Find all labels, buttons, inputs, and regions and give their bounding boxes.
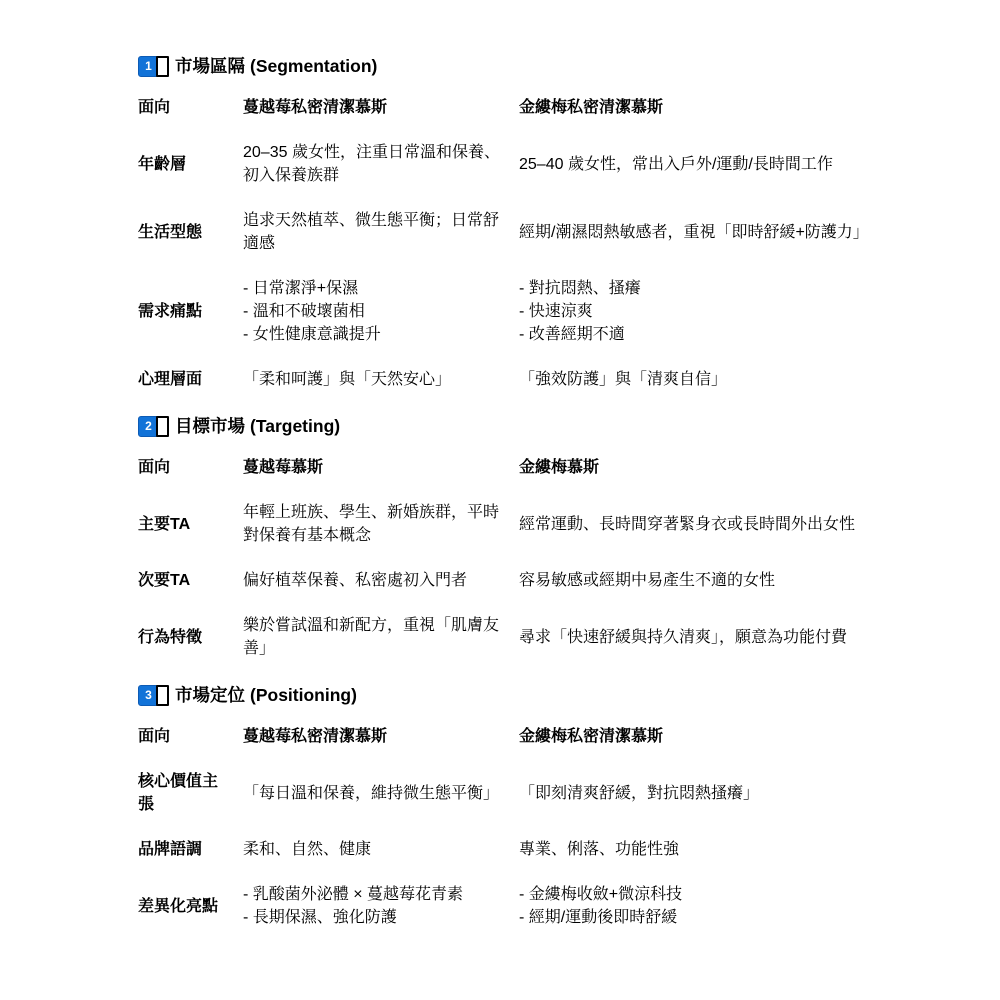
cell-cranberry: 柔和、自然、健康 — [243, 838, 503, 861]
cell-witchhazel: - 金縷梅收斂+微涼科技- 經期/運動後即時舒緩 — [519, 883, 879, 929]
cell-line: 專業、俐落、功能性強 — [519, 838, 879, 861]
row-label: 行為特徵 — [138, 626, 227, 649]
row-label: 年齡層 — [138, 153, 227, 176]
column-header-aspect: 面向 — [138, 456, 227, 479]
cell-line: - 改善經期不適 — [519, 323, 879, 346]
section: 3 市場定位 (Positioning) 面向蔓越莓私密清潔慕斯金縷梅私密清潔慕… — [138, 684, 888, 929]
column-header-witchhazel: 金縷梅慕斯 — [519, 456, 879, 479]
keycap-number-icon: 3 — [138, 685, 169, 706]
cell-line: 年輕上班族、學生、新婚族群，平時對保養有基本概念 — [243, 501, 503, 547]
column-header-cranberry: 蔓越莓慕斯 — [243, 456, 503, 479]
section-title-zh: 市場定位 — [175, 684, 245, 707]
section-table: 面向蔓越莓私密清潔慕斯金縷梅私密清潔慕斯年齡層20–35 歲女性，注重日常溫和保… — [138, 96, 888, 391]
column-header-cranberry: 蔓越莓私密清潔慕斯 — [243, 96, 503, 119]
cell-witchhazel: 「即刻清爽舒緩，對抗悶熱搔癢」 — [519, 782, 879, 805]
section: 2 目標市場 (Targeting) 面向蔓越莓慕斯金縷梅慕斯主要TA年輕上班族… — [138, 415, 888, 660]
cell-line: - 快速涼爽 — [519, 300, 879, 323]
cell-line: - 對抗悶熱、搔癢 — [519, 277, 879, 300]
cell-line: 「即刻清爽舒緩，對抗悶熱搔癢」 — [519, 782, 879, 805]
cell-line: 樂於嘗試溫和新配方，重視「肌膚友善」 — [243, 614, 503, 660]
column-header-aspect: 面向 — [138, 725, 227, 748]
cell-witchhazel: 25–40 歲女性，常出入戶外/運動/長時間工作 — [519, 153, 879, 176]
section-heading: 1 市場區隔 (Segmentation) — [138, 55, 888, 78]
cell-witchhazel: 容易敏感或經期中易產生不適的女性 — [519, 569, 879, 592]
cell-cranberry: 「每日溫和保養，維持微生態平衡」 — [243, 782, 503, 805]
row-label: 需求痛點 — [138, 300, 227, 323]
cell-cranberry: 追求天然植萃、微生態平衡；日常舒適感 — [243, 209, 503, 255]
cell-witchhazel: 經期/潮濕悶熱敏感者，重視「即時舒緩+防護力」 — [519, 221, 879, 244]
row-label: 心理層面 — [138, 368, 227, 391]
cell-line: 25–40 歲女性，常出入戶外/運動/長時間工作 — [519, 153, 879, 176]
cell-cranberry: 「柔和呵護」與「天然安心」 — [243, 368, 503, 391]
cell-line: 經常運動、長時間穿著緊身衣或長時間外出女性 — [519, 513, 879, 536]
section-table: 面向蔓越莓私密清潔慕斯金縷梅私密清潔慕斯核心價值主張「每日溫和保養，維持微生態平… — [138, 725, 888, 929]
cell-cranberry: - 乳酸菌外泌體 × 蔓越莓花青素- 長期保濕、強化防護 — [243, 883, 503, 929]
row-label: 核心價值主張 — [138, 770, 227, 816]
cell-line: - 溫和不破壞菌相 — [243, 300, 503, 323]
cell-cranberry: 樂於嘗試溫和新配方，重視「肌膚友善」 — [243, 614, 503, 660]
cell-line: - 日常潔淨+保濕 — [243, 277, 503, 300]
cell-line: 「強效防護」與「清爽自信」 — [519, 368, 879, 391]
section-heading: 3 市場定位 (Positioning) — [138, 684, 888, 707]
row-label: 品牌語調 — [138, 838, 227, 861]
cell-line: 經期/潮濕悶熱敏感者，重視「即時舒緩+防護力」 — [519, 221, 879, 244]
cell-line: - 長期保濕、強化防護 — [243, 906, 503, 929]
missing-glyph-box-icon — [156, 56, 169, 77]
cell-line: 「每日溫和保養，維持微生態平衡」 — [243, 782, 503, 805]
column-header-witchhazel: 金縷梅私密清潔慕斯 — [519, 96, 879, 119]
row-label: 生活型態 — [138, 221, 227, 244]
cell-line: 追求天然植萃、微生態平衡；日常舒適感 — [243, 209, 503, 255]
cell-line: - 女性健康意識提升 — [243, 323, 503, 346]
cell-line: 20–35 歲女性，注重日常溫和保養、初入保養族群 — [243, 141, 503, 187]
row-label: 主要TA — [138, 513, 227, 536]
cell-line: 偏好植萃保養、私密處初入門者 — [243, 569, 503, 592]
cell-line: 柔和、自然、健康 — [243, 838, 503, 861]
cell-witchhazel: 「強效防護」與「清爽自信」 — [519, 368, 879, 391]
cell-cranberry: 年輕上班族、學生、新婚族群，平時對保養有基本概念 — [243, 501, 503, 547]
section-table: 面向蔓越莓慕斯金縷梅慕斯主要TA年輕上班族、學生、新婚族群，平時對保養有基本概念… — [138, 456, 888, 660]
row-label: 差異化亮點 — [138, 895, 227, 918]
keycap-number-icon: 1 — [138, 56, 169, 77]
cell-line: 「柔和呵護」與「天然安心」 — [243, 368, 503, 391]
cell-witchhazel: 經常運動、長時間穿著緊身衣或長時間外出女性 — [519, 513, 879, 536]
cell-line: 尋求「快速舒緩與持久清爽」，願意為功能付費 — [519, 626, 879, 649]
section-title-en: (Segmentation) — [250, 55, 377, 78]
column-header-witchhazel: 金縷梅私密清潔慕斯 — [519, 725, 879, 748]
cell-line: - 經期/運動後即時舒緩 — [519, 906, 879, 929]
missing-glyph-box-icon — [156, 416, 169, 437]
missing-glyph-box-icon — [156, 685, 169, 706]
cell-cranberry: 20–35 歲女性，注重日常溫和保養、初入保養族群 — [243, 141, 503, 187]
document: 1 市場區隔 (Segmentation) 面向蔓越莓私密清潔慕斯金縷梅私密清潔… — [138, 55, 888, 929]
column-header-aspect: 面向 — [138, 96, 227, 119]
section-title-zh: 市場區隔 — [175, 55, 245, 78]
keycap-number-icon: 2 — [138, 416, 169, 437]
section-title-en: (Targeting) — [250, 415, 340, 438]
cell-witchhazel: 尋求「快速舒緩與持久清爽」，願意為功能付費 — [519, 626, 879, 649]
section-title-zh: 目標市場 — [175, 415, 245, 438]
cell-line: - 金縷梅收斂+微涼科技 — [519, 883, 879, 906]
cell-line: 容易敏感或經期中易產生不適的女性 — [519, 569, 879, 592]
section-title-en: (Positioning) — [250, 684, 357, 707]
column-header-cranberry: 蔓越莓私密清潔慕斯 — [243, 725, 503, 748]
row-label: 次要TA — [138, 569, 227, 592]
cell-witchhazel: 專業、俐落、功能性強 — [519, 838, 879, 861]
page: { "document": { "colors": { "background"… — [0, 0, 1000, 1000]
cell-line: - 乳酸菌外泌體 × 蔓越莓花青素 — [243, 883, 503, 906]
section-heading: 2 目標市場 (Targeting) — [138, 415, 888, 438]
cell-cranberry: - 日常潔淨+保濕- 溫和不破壞菌相- 女性健康意識提升 — [243, 277, 503, 346]
cell-witchhazel: - 對抗悶熱、搔癢- 快速涼爽- 改善經期不適 — [519, 277, 879, 346]
section: 1 市場區隔 (Segmentation) 面向蔓越莓私密清潔慕斯金縷梅私密清潔… — [138, 55, 888, 391]
cell-cranberry: 偏好植萃保養、私密處初入門者 — [243, 569, 503, 592]
